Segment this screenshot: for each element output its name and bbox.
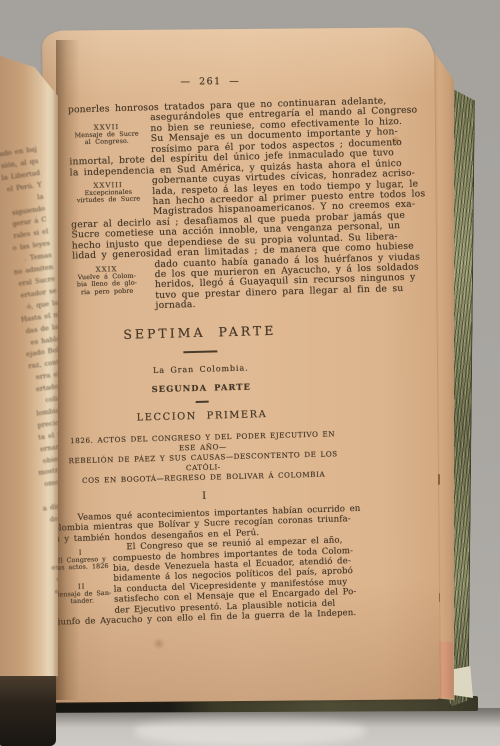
spine-corner xyxy=(0,676,56,746)
part-title: SEPTIMA PARTE xyxy=(60,321,340,343)
lesson-title: LECCION PRIMERA xyxy=(62,407,342,425)
heading-rule xyxy=(183,350,217,353)
page-stain xyxy=(152,638,165,650)
lesson-summary: 1826. ACTOS DEL CONGRESO Y DEL PODER EJE… xyxy=(63,429,344,487)
section-numeral: I xyxy=(64,487,344,505)
second-part-rule xyxy=(195,401,208,403)
page-number: — 261 — xyxy=(180,76,240,88)
section-headings: SEPTIMA PARTE La Gran Colombia. SEGUNDA … xyxy=(60,321,345,505)
paragraph-1: ponerles honrosos tratados para que no c… xyxy=(68,95,428,314)
photo-of-open-book: — 261 — ponerles honrosos tratados para … xyxy=(0,0,500,746)
left-page: ado en baj sión, al qu la Libertad el Pe… xyxy=(0,48,58,692)
right-page: — 261 — ponerles honrosos tratados para … xyxy=(42,27,440,702)
part-subtitle: La Gran Colombia. xyxy=(61,361,341,377)
left-page-edge xyxy=(48,48,58,692)
gutter-shadow xyxy=(56,40,80,700)
second-part-title: SEGUNDA PARTE xyxy=(61,379,341,396)
paragraph-2: Veamos qué acontecimientos importantes h… xyxy=(46,504,342,628)
